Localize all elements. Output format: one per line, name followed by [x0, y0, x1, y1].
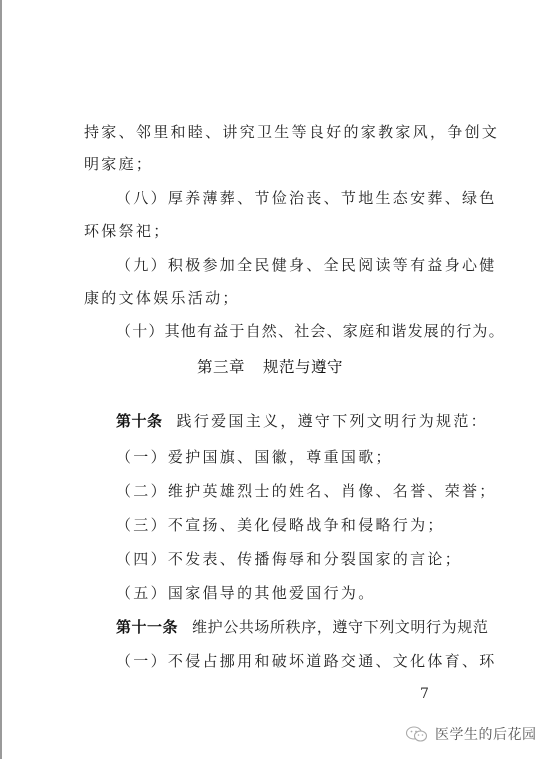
article-10-item: （五）国家倡导的其他爱国行为。: [116, 583, 376, 603]
article-10-item: （四）不发表、传播侮辱和分裂国家的言论；: [116, 549, 462, 569]
paragraph-line: 康的文体娱乐活动；: [84, 288, 240, 308]
chapter-number: 第三章: [197, 358, 245, 376]
watermark: 医学生的后花园: [405, 724, 537, 744]
article-label: 第十一条: [116, 618, 178, 636]
list-item-8: （八）厚养薄葬、节俭治丧、节地生态安葬、绿色: [116, 188, 497, 208]
paragraph-line: 明家庭；: [84, 154, 153, 174]
article-label: 第十条: [116, 412, 163, 430]
page-number: 7: [420, 686, 429, 702]
watermark-text: 医学生的后花园: [435, 724, 537, 744]
paragraph-line: 持家、邻里和睦、讲究卫生等良好的家教家风，争创文: [84, 122, 499, 142]
paragraph-line: 环保祭祀；: [84, 221, 171, 241]
article-10-item: （二）维护英雄烈士的姓名、肖像、名誉、荣誉；: [116, 481, 497, 501]
chapter-heading: 第三章规范与遵守: [0, 357, 540, 377]
article-11-item: （一）不侵占挪用和破坏道路交通、文化体育、环: [116, 651, 497, 671]
wechat-icon: [405, 725, 429, 743]
article-text: 践行爱国主义，遵守下列文明行为规范：: [177, 412, 488, 430]
article-10-item: （三）不宣扬、美化侵略战争和侵略行为；: [116, 515, 445, 535]
chapter-title: 规范与遵守: [263, 358, 343, 376]
article-10-item: （一）爱护国旗、国徽，尊重国歌；: [116, 447, 393, 467]
article-11: 第十一条维护公共场所秩序，遵守下列文明行为规范: [116, 617, 488, 637]
document-page: 持家、邻里和睦、讲究卫生等良好的家教家风，争创文 明家庭； （八）厚养薄葬、节俭…: [0, 0, 540, 759]
article-10: 第十条践行爱国主义，遵守下列文明行为规范：: [116, 411, 488, 431]
list-item-10: （十）其他有益于自然、社会、家庭和谐发展的行为。: [116, 321, 505, 341]
article-text: 维护公共场所秩序，遵守下列文明行为规范: [192, 618, 488, 636]
list-item-9: （九）积极参加全民健身、全民阅读等有益身心健: [116, 255, 497, 275]
